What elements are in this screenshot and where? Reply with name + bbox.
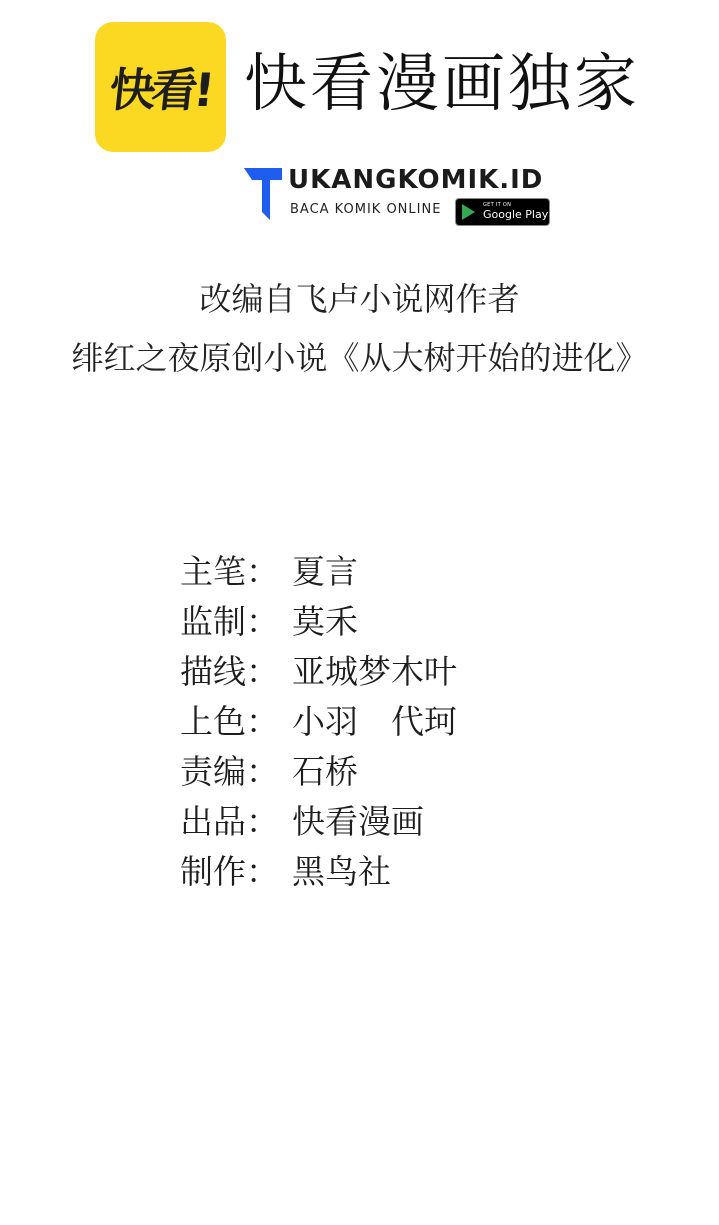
credit-row: 主笔： 夏言 <box>180 552 457 602</box>
credits-list: 主笔： 夏言 监制： 莫禾 描线： 亚城梦木叶 上色： 小羽 代珂 责编： 石桥… <box>180 552 457 902</box>
credit-row: 制作： 黑鸟社 <box>180 852 457 902</box>
watermark: UKANGKOMIK.ID BACA KOMIK ONLINE GET IT O… <box>244 166 554 226</box>
credit-name: 夏言 <box>292 552 358 602</box>
credit-name: 石桥 <box>292 752 358 802</box>
credit-role: 描线： <box>180 652 292 702</box>
credit-name: 快看漫画 <box>292 802 424 852</box>
credit-role: 上色： <box>180 702 292 752</box>
credit-row: 描线： 亚城梦木叶 <box>180 652 457 702</box>
credit-row: 责编： 石桥 <box>180 752 457 802</box>
kuaikan-logo-icon: 快看! <box>95 22 226 152</box>
tukangkomik-t-icon <box>244 168 284 220</box>
intro-line-1: 改编自飞卢小说网作者 <box>0 283 719 315</box>
brand-title: 快看漫画独家 <box>244 52 640 115</box>
credit-role: 监制： <box>180 602 292 652</box>
badge-label: Google Play <box>483 208 548 221</box>
credit-name: 亚城梦木叶 <box>292 652 457 702</box>
credit-name: 黑鸟社 <box>292 852 391 902</box>
google-play-badge[interactable]: GET IT ON Google Play <box>455 198 550 226</box>
intro-line-2: 绯红之夜原创小说《从大树开始的进化》 <box>0 342 719 374</box>
watermark-name: UKANGKOMIK.ID <box>288 166 543 194</box>
watermark-tagline: BACA KOMIK ONLINE <box>290 202 441 217</box>
credit-row: 上色： 小羽 代珂 <box>180 702 457 752</box>
credit-role: 制作： <box>180 852 292 902</box>
credit-row: 出品： 快看漫画 <box>180 802 457 852</box>
credit-row: 监制： 莫禾 <box>180 602 457 652</box>
credit-name: 莫禾 <box>292 602 358 652</box>
credit-role: 主笔： <box>180 552 292 602</box>
credit-name: 小羽 代珂 <box>292 702 457 752</box>
credit-role: 出品： <box>180 802 292 852</box>
google-play-icon <box>462 204 475 220</box>
credit-role: 责编： <box>180 752 292 802</box>
logo-text: 快看! <box>107 54 215 120</box>
